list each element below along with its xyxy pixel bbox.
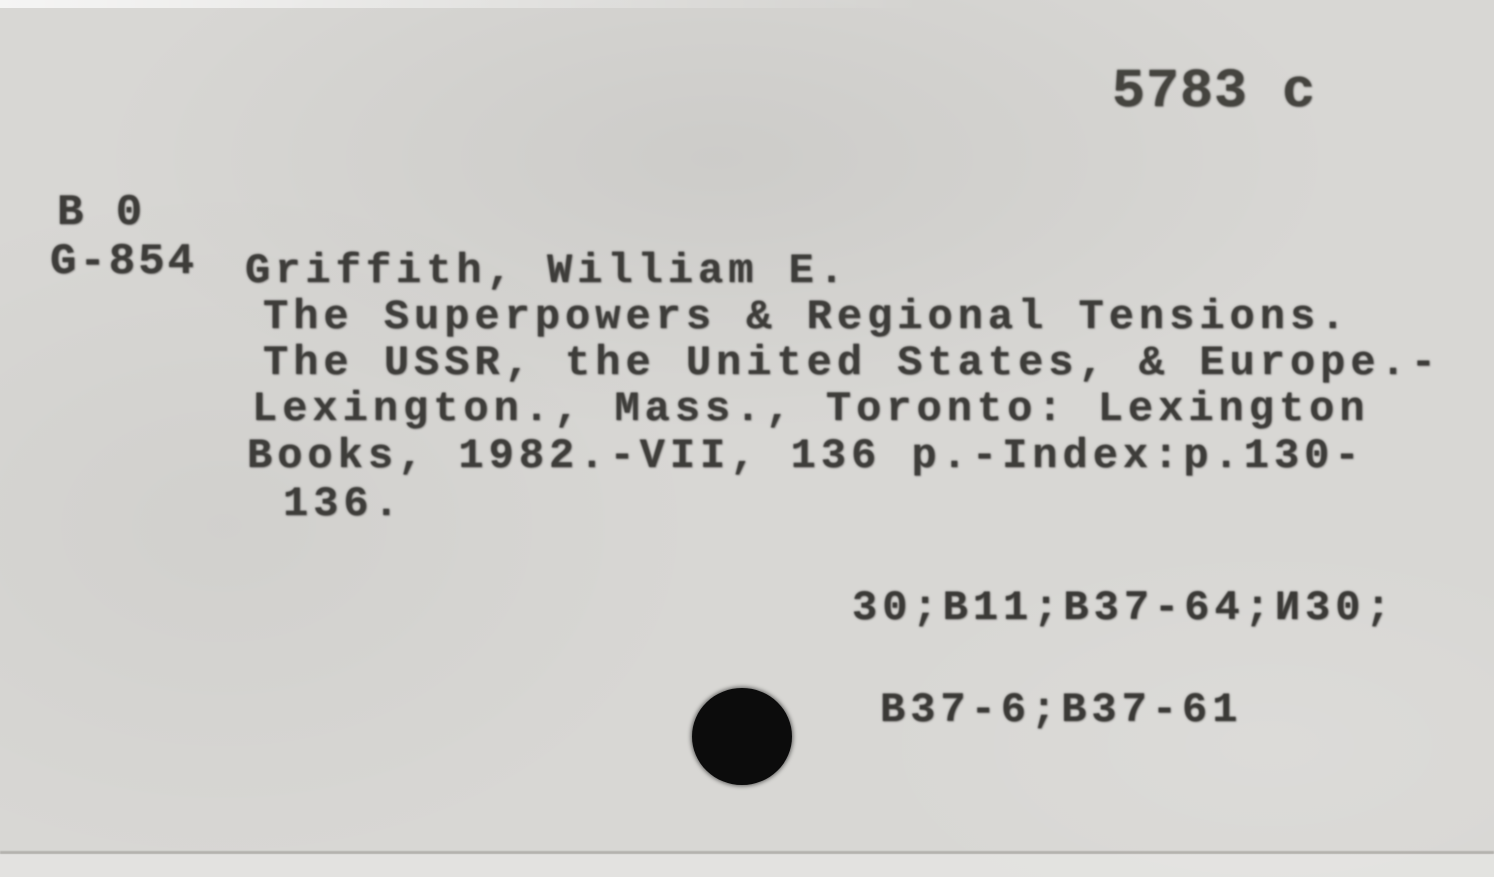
imprint-line-1: Lexington., Mass., Toronto: Lexington [252, 386, 1370, 432]
call-number-top: B 0 [57, 188, 145, 238]
hole-punch-dot [692, 688, 792, 785]
imprint-line-2: Books, 1982.-VII, 136 p.-Index:p.130- [247, 433, 1365, 479]
card-bottom-edge-strip [0, 854, 1494, 877]
author-line: Griffith, William E. [245, 248, 849, 294]
title-line-2: The USSR, the United States, & Europe.- [263, 340, 1441, 386]
accession-number: 5783 c [1112, 60, 1316, 123]
classification-codes-line-1: 30;B11;B37-64;И30; [852, 584, 1396, 632]
imprint-line-3: 136. [283, 481, 404, 527]
library-catalog-card-scan: 5783 c B 0 G-854 Griffith, William E. Th… [0, 0, 1494, 877]
title-line-1: The Superpowers & Regional Tensions. [263, 294, 1350, 340]
call-number-bottom: G-854 [50, 237, 197, 287]
card-top-edge [0, 0, 926, 8]
classification-codes-line-2: B37-6;B37-61 [880, 686, 1242, 734]
